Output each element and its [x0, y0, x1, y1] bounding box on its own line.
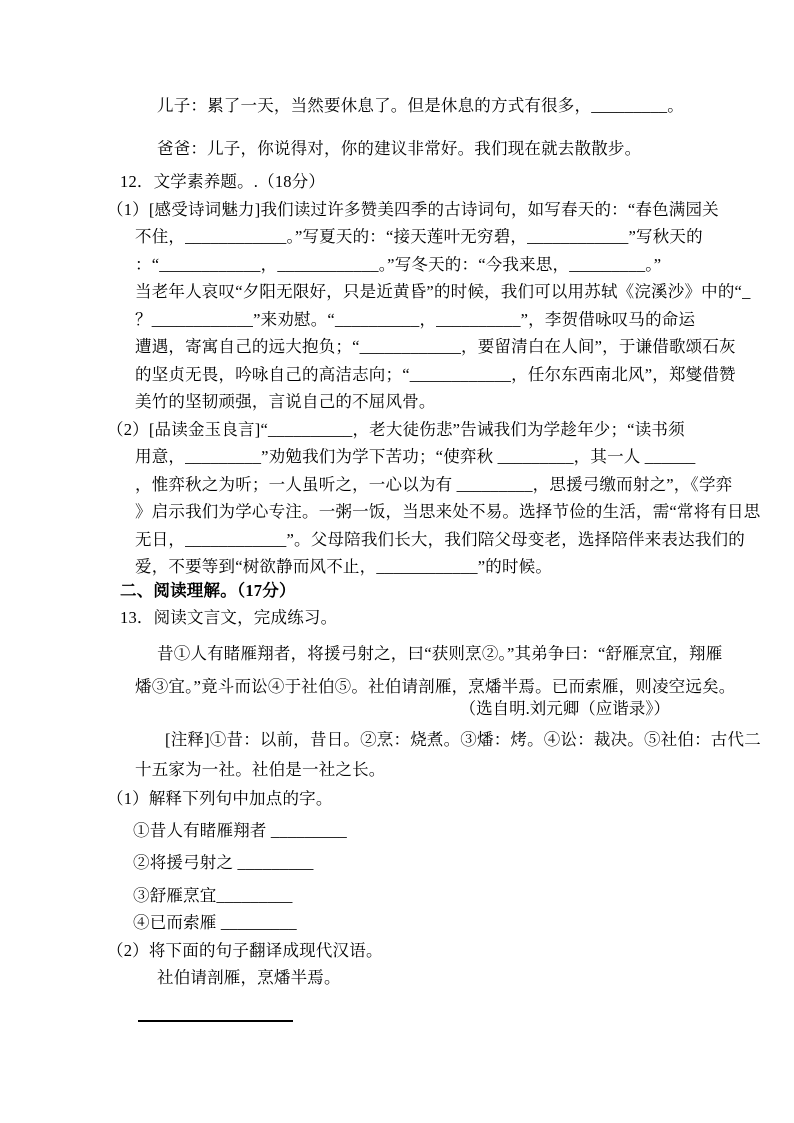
- q12-part2-line: （2）[品读金玉良言]“__________，老大徒伤悲”告诫我们为学趁年少；“…: [107, 416, 794, 444]
- exam-document-page: 儿子：累了一天，当然要休息了。但是休息的方式有很多，_________。 爸爸：…: [0, 0, 794, 1123]
- q12-part1-line: ：“____________，____________。”写冬天的：“今我来思，…: [135, 251, 794, 279]
- q13-sub1-item: ②将援弓射之 _________: [133, 849, 794, 877]
- q13-sub1-item: ①昔人有睹雁翔者 _________: [133, 817, 794, 845]
- section-2-heading: 二、阅读理解。（17分）: [120, 577, 794, 605]
- q13-sub2-sentence: 社伯请剖雁，烹燔半焉。: [157, 964, 794, 992]
- q12-part1-line: ？____________”来劝慰。“__________，__________…: [135, 306, 794, 334]
- q13-passage-line: 昔①人有睹雁翔者，将援弓射之，曰“获则烹②。”其弟争曰：“舒雁烹宜，翔雁: [157, 637, 794, 670]
- question-13-heading: 13．阅读文言文，完成练习。: [120, 604, 794, 632]
- answer-underline: [138, 1020, 293, 1022]
- q12-part1-line: 的坚贞无畏，吟咏自己的高洁志向；“____________，任尔东西南北风”，郑…: [135, 361, 794, 389]
- q13-sub1-item: ④已而索雁 _________: [133, 909, 794, 937]
- q13-sub2-prompt: （2）将下面的句子翻译成现代汉语。: [107, 937, 794, 965]
- q13-sub1-prompt: （1）解释下列句中加点的字。: [107, 785, 794, 813]
- q12-part1-line: 美竹的坚韧顽强，言说自己的不屈风骨。: [135, 388, 794, 416]
- q13-sub1-item: ③舒雁烹宜_________: [133, 882, 794, 910]
- q13-note-line: [注释]①昔：以前，昔日。②烹：烧煮。③燔：烤。④讼：裁决。⑤社伯：古代二: [165, 725, 794, 755]
- q12-part1-line: 不住，____________。”写夏天的：“接天莲叶无穷碧，_________…: [135, 223, 794, 251]
- q12-part1-line: 当老年人哀叹“夕阳无限好，只是近黄昏”的时候，我们可以用苏轼《浣溪沙》中的“_: [135, 278, 794, 306]
- q13-note-line: 十五家为一社。社伯是一社之长。: [135, 755, 794, 785]
- q12-part2-line: 无日，____________”。父母陪我们长大，我们陪父母变老，选择陪伴来表达…: [135, 526, 794, 554]
- question-12-heading: 12．文学素养题。.（18分）: [120, 168, 794, 196]
- q12-part2-line: 用意，_________”劝勉我们为学下苦功；“使弈秋 _________，其一…: [135, 443, 794, 471]
- dialog-father-line: 爸爸：儿子，你说得对，你的建议非常好。我们现在就去散散步。: [157, 135, 794, 163]
- q12-part2-line: 》启示我们为学心专注。一粥一饭，当思来处不易。选择节俭的生活，需“常将有日思: [135, 498, 794, 526]
- q12-part2-line: ，惟弈秋之为听；一人虽听之，一心以为有 _________，思援弓缴而射之”，《…: [135, 471, 794, 499]
- q12-part1-line: （1）[感受诗词魅力]我们读过许多赞美四季的古诗词句，如写春天的：“春色满园关: [107, 196, 794, 224]
- q12-part1-line: 遭遇，寄寓自己的远大抱负；“____________，要留清白在人间”，于谦借歌…: [135, 333, 794, 361]
- dialog-son-line: 儿子：累了一天，当然要休息了。但是休息的方式有很多，_________。: [157, 92, 794, 120]
